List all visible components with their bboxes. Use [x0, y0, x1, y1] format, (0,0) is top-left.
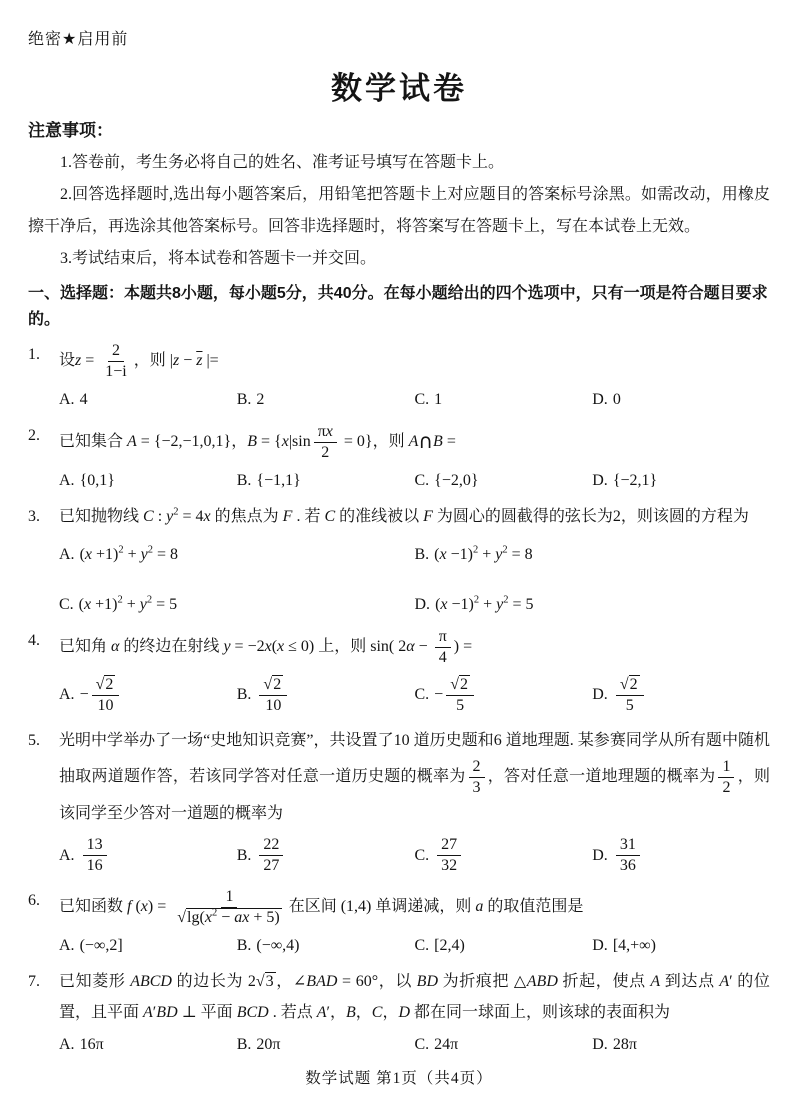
- question-3: 3.已知抛物线 C : y2 = 4x 的焦点为 F . 若 C 的准线被以 F…: [28, 502, 770, 616]
- notice-heading: 注意事项：: [28, 116, 770, 141]
- option-A: A.−√210: [59, 674, 237, 717]
- question-1: 1.设z = 21−i，则 |z − z |=A.4B.2C.1D.0: [28, 340, 770, 412]
- page-title: 数学试卷: [28, 63, 770, 108]
- option-D: D.28π: [592, 1033, 770, 1057]
- notice-item-2: 2.回答选择题时,选出每小题答案后，用铅笔把答题卡上对应题目的答案标号涂黑。如需…: [28, 179, 770, 243]
- question-7: 7.已知菱形 ABCD 的边长为 2√3，∠BAD = 60°，以 BD 为折痕…: [28, 967, 770, 1057]
- option-C: C.−√25: [415, 674, 593, 717]
- option-C: C.1: [415, 388, 593, 412]
- question-stem: 光明中学举办了一场“史地知识竞赛”，共设置了10 道历史题和6 道地理题. 某参…: [59, 726, 770, 830]
- options: A.16πB.20πC.24πD.28π: [59, 1033, 770, 1057]
- question-number: 3.: [28, 502, 59, 616]
- question-number: 6.: [28, 886, 59, 958]
- notice-item-3: 3.考试结束后，将本试卷和答题卡一并交回。: [28, 243, 770, 275]
- question-number: 4.: [28, 626, 59, 717]
- confidential-label: 绝密★启用前: [28, 26, 770, 49]
- questions-list: 1.设z = 21−i，则 |z − z |=A.4B.2C.1D.02.已知集…: [28, 340, 770, 1066]
- options: A.(x +1)2 + y2 = 8B.(x −1)2 + y2 = 8C.(x…: [59, 543, 770, 617]
- options: A.−√210B.√210C.−√25D.√25: [59, 674, 770, 717]
- option-A: A.(x +1)2 + y2 = 8: [59, 543, 415, 567]
- notice-section: 注意事项： 1.答卷前，考生务必将自己的姓名、准考证号填写在答题卡上。 2.回答…: [28, 116, 770, 275]
- option-A: A.(−∞,2]: [59, 934, 237, 958]
- question-number: 1.: [28, 340, 59, 412]
- question-body: 光明中学举办了一场“史地知识竞赛”，共设置了10 道历史题和6 道地理题. 某参…: [59, 726, 770, 878]
- page-footer: 数学试题 第1页（共4页）: [28, 1066, 770, 1088]
- option-B: B.(x −1)2 + y2 = 8: [415, 543, 771, 567]
- options: A.4B.2C.1D.0: [59, 388, 770, 412]
- notice-item-1: 1.答卷前，考生务必将自己的姓名、准考证号填写在答题卡上。: [28, 147, 770, 179]
- question-body: 已知抛物线 C : y2 = 4x 的焦点为 F . 若 C 的准线被以 F 为…: [59, 502, 770, 616]
- question-stem: 已知菱形 ABCD 的边长为 2√3，∠BAD = 60°，以 BD 为折痕把 …: [59, 967, 770, 1028]
- question-number: 5.: [28, 726, 59, 878]
- option-A: A.4: [59, 388, 237, 412]
- question-body: 已知集合 A = {−2,−1,0,1}，B = {x|sinπx2 = 0}，…: [59, 421, 770, 493]
- option-C: C.(x +1)2 + y2 = 5: [59, 593, 415, 617]
- question-stem: 已知函数 f (x) = 1√lg(x2 − ax + 5)在区间 (1,4) …: [59, 886, 770, 929]
- question-stem: 已知抛物线 C : y2 = 4x 的焦点为 F . 若 C 的准线被以 F 为…: [59, 502, 770, 532]
- option-C: C.2732: [415, 834, 593, 877]
- exam-page: 绝密★启用前 数学试卷 注意事项： 1.答卷前，考生务必将自己的姓名、准考证号填…: [0, 0, 800, 1100]
- option-A: A.1316: [59, 834, 237, 877]
- question-body: 已知函数 f (x) = 1√lg(x2 − ax + 5)在区间 (1,4) …: [59, 886, 770, 958]
- options: A.1316B.2227C.2732D.3136: [59, 834, 770, 877]
- option-A: A.{0,1}: [59, 469, 237, 493]
- option-D: D.[4,+∞): [592, 934, 770, 958]
- question-number: 2.: [28, 421, 59, 493]
- option-B: B.(−∞,4): [237, 934, 415, 958]
- question-number: 7.: [28, 967, 59, 1057]
- option-D: D.√25: [592, 674, 770, 717]
- option-C: C.[2,4): [415, 934, 593, 958]
- option-A: A.16π: [59, 1033, 237, 1057]
- option-D: D.(x −1)2 + y2 = 5: [415, 593, 771, 617]
- option-C: C.24π: [415, 1033, 593, 1057]
- question-stem: 设z = 21−i，则 |z − z |=: [59, 340, 770, 383]
- question-stem: 已知角 α 的终边在射线 y = −2x(x ≤ 0) 上，则 sin( 2α …: [59, 626, 770, 669]
- option-D: D.0: [592, 388, 770, 412]
- option-B: B.20π: [237, 1033, 415, 1057]
- options: A.(−∞,2]B.(−∞,4)C.[2,4)D.[4,+∞): [59, 934, 770, 958]
- option-C: C.{−2,0}: [415, 469, 593, 493]
- question-body: 已知菱形 ABCD 的边长为 2√3，∠BAD = 60°，以 BD 为折痕把 …: [59, 967, 770, 1057]
- question-body: 设z = 21−i，则 |z − z |=A.4B.2C.1D.0: [59, 340, 770, 412]
- question-5: 5.光明中学举办了一场“史地知识竞赛”，共设置了10 道历史题和6 道地理题. …: [28, 726, 770, 878]
- option-B: B.2: [237, 388, 415, 412]
- option-D: D.{−2,1}: [592, 469, 770, 493]
- option-B: B.2227: [237, 834, 415, 877]
- option-B: B.{−1,1}: [237, 469, 415, 493]
- options: A.{0,1}B.{−1,1}C.{−2,0}D.{−2,1}: [59, 469, 770, 493]
- section-heading: 一、选择题：本题共8小题，每小题5分，共40分。在每小题给出的四个选项中，只有一…: [28, 281, 770, 332]
- question-body: 已知角 α 的终边在射线 y = −2x(x ≤ 0) 上，则 sin( 2α …: [59, 626, 770, 717]
- option-B: B.√210: [237, 674, 415, 717]
- question-6: 6.已知函数 f (x) = 1√lg(x2 − ax + 5)在区间 (1,4…: [28, 886, 770, 958]
- question-stem: 已知集合 A = {−2,−1,0,1}，B = {x|sinπx2 = 0}，…: [59, 421, 770, 464]
- question-2: 2.已知集合 A = {−2,−1,0,1}，B = {x|sinπx2 = 0…: [28, 421, 770, 493]
- question-4: 4.已知角 α 的终边在射线 y = −2x(x ≤ 0) 上，则 sin( 2…: [28, 626, 770, 717]
- option-D: D.3136: [592, 834, 770, 877]
